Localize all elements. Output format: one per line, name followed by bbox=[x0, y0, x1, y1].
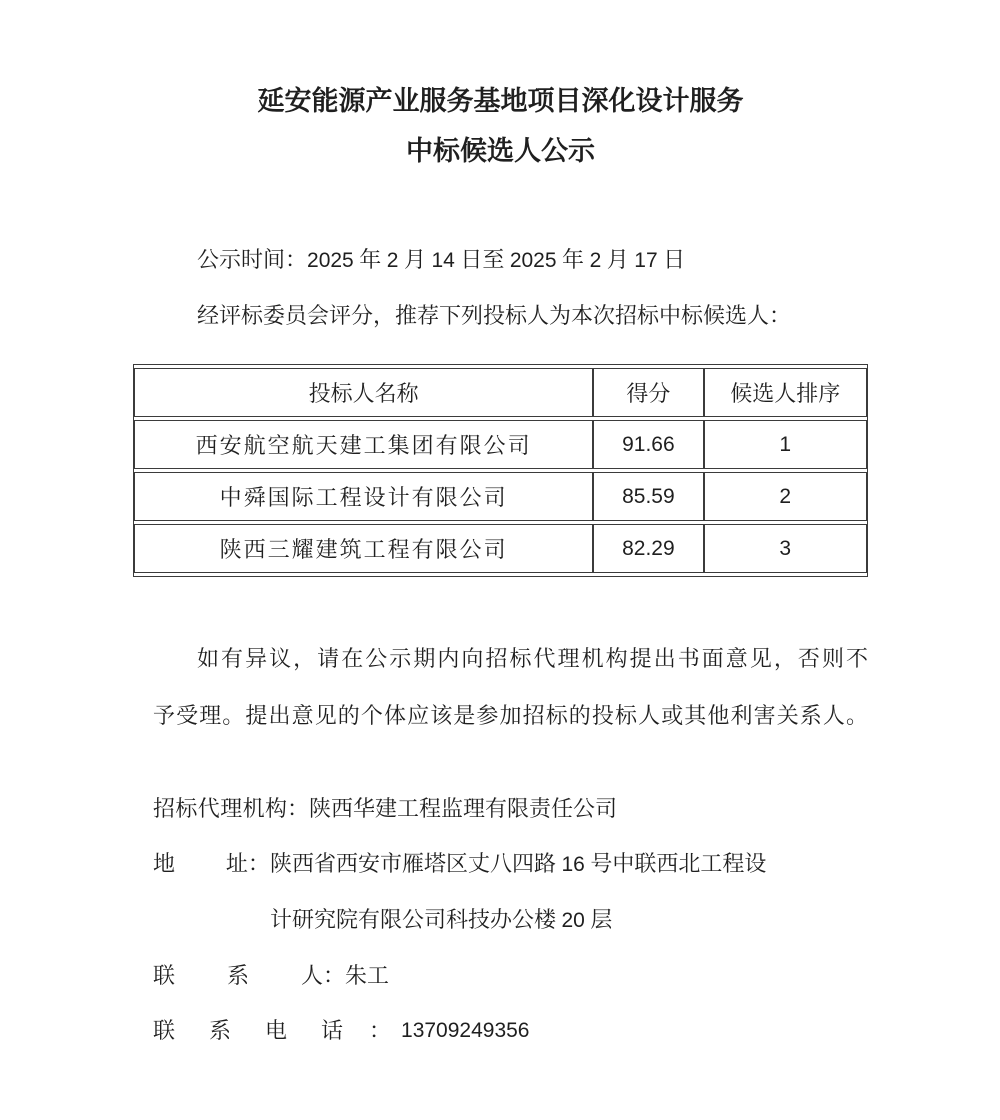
objection-line2: 予受理。提出意见的个体应该是参加招标的投标人或其他利害关系人。 bbox=[153, 687, 868, 744]
bidder-rank: 1 bbox=[704, 420, 867, 469]
page-title: 延安能源产业服务基地项目深化设计服务 中标候选人公示 bbox=[133, 76, 868, 176]
table-header-row: 投标人名称 得分 候选人排序 bbox=[134, 368, 867, 417]
header-rank: 候选人排序 bbox=[704, 368, 867, 417]
publicity-label: 公示时间： bbox=[197, 247, 307, 272]
agency-row: 招标代理机构 ： 陕西华建工程监理有限责任公司 bbox=[153, 781, 868, 836]
contact-phone-label: 联系电话 bbox=[153, 1003, 343, 1058]
contact-person-row: 联系人 ： 朱工 bbox=[153, 948, 868, 1003]
recommendation-line: 经评标委员会评分，推荐下列投标人为本次招标中标候选人： bbox=[153, 288, 868, 343]
contact-phone-colon: ： bbox=[369, 1003, 391, 1058]
address-value: 陕西省西安市雁塔区丈八四路 16 号中联西北工程设 计研究院有限公司科技办公楼 … bbox=[270, 836, 868, 948]
address-floor-number: 20 bbox=[561, 909, 584, 932]
page-title-line1: 延安能源产业服务基地项目深化设计服务 bbox=[133, 76, 868, 126]
objection-paragraph: 如有异议，请在公示期内向招标代理机构提出书面意见，否则不 予受理。提出意见的个体… bbox=[153, 630, 868, 744]
agency-label: 招标代理机构 bbox=[153, 781, 287, 836]
table-row: 陕西三耀建筑工程有限公司 82.29 3 bbox=[134, 524, 867, 573]
address-label: 地址 bbox=[153, 836, 248, 891]
publicity-end-day: 17 bbox=[634, 249, 657, 272]
announcement-document: 延安能源产业服务基地项目深化设计服务 中标候选人公示 公示时间：2025 年 2… bbox=[0, 0, 1000, 1120]
publicity-end-month: 2 bbox=[590, 249, 602, 272]
address-line2: 计研究院有限公司科技办公楼 20 层 bbox=[270, 907, 612, 932]
contact-person-colon: ： bbox=[323, 948, 345, 1003]
bidder-rank: 2 bbox=[704, 472, 867, 521]
contact-section: 招标代理机构 ： 陕西华建工程监理有限责任公司 地址 ： 陕西省西安市雁塔区丈八… bbox=[153, 781, 868, 1058]
bidder-rank: 3 bbox=[704, 524, 867, 573]
table-row: 中舜国际工程设计有限公司 85.59 2 bbox=[134, 472, 867, 521]
address-line1: 陕西省西安市雁塔区丈八四路 16 号中联西北工程设 bbox=[270, 851, 766, 876]
publicity-period-line: 公示时间：2025 年 2 月 14 日至 2025 年 2 月 17 日 bbox=[153, 232, 868, 288]
agency-colon: ： bbox=[287, 781, 309, 836]
address-row: 地址 ： 陕西省西安市雁塔区丈八四路 16 号中联西北工程设 计研究院有限公司科… bbox=[153, 836, 868, 948]
agency-name: 陕西华建工程监理有限责任公司 bbox=[309, 781, 868, 836]
contact-phone-row: 联系电话 ： 13709249356 bbox=[153, 1003, 868, 1058]
objection-line1: 如有异议，请在公示期内向招标代理机构提出书面意见，否则不 bbox=[153, 630, 868, 687]
contact-phone-number: 13709249356 bbox=[401, 1003, 868, 1058]
intro-section: 公示时间：2025 年 2 月 14 日至 2025 年 2 月 17 日 经评… bbox=[133, 232, 868, 343]
address-street-number: 16 bbox=[561, 853, 584, 876]
header-bidder-name: 投标人名称 bbox=[134, 368, 593, 417]
publicity-start-year: 2025 bbox=[307, 249, 354, 272]
candidates-table: 投标人名称 得分 候选人排序 西安航空航天建工集团有限公司 91.66 1 中舜… bbox=[133, 364, 868, 577]
publicity-start-day: 14 bbox=[431, 249, 454, 272]
bidder-name: 陕西三耀建筑工程有限公司 bbox=[134, 524, 593, 573]
page-title-line2: 中标候选人公示 bbox=[133, 126, 868, 176]
table-row: 西安航空航天建工集团有限公司 91.66 1 bbox=[134, 420, 867, 469]
bidder-score: 91.66 bbox=[593, 420, 703, 469]
bidder-name: 西安航空航天建工集团有限公司 bbox=[134, 420, 593, 469]
publicity-end-year: 2025 bbox=[510, 249, 557, 272]
header-score: 得分 bbox=[593, 368, 703, 417]
bidder-score: 82.29 bbox=[593, 524, 703, 573]
bidder-name: 中舜国际工程设计有限公司 bbox=[134, 472, 593, 521]
contact-person-name: 朱工 bbox=[345, 948, 868, 1003]
publicity-start-month: 2 bbox=[387, 249, 399, 272]
contact-person-label: 联系人 bbox=[153, 948, 323, 1003]
address-colon: ： bbox=[248, 836, 270, 891]
bidder-score: 85.59 bbox=[593, 472, 703, 521]
